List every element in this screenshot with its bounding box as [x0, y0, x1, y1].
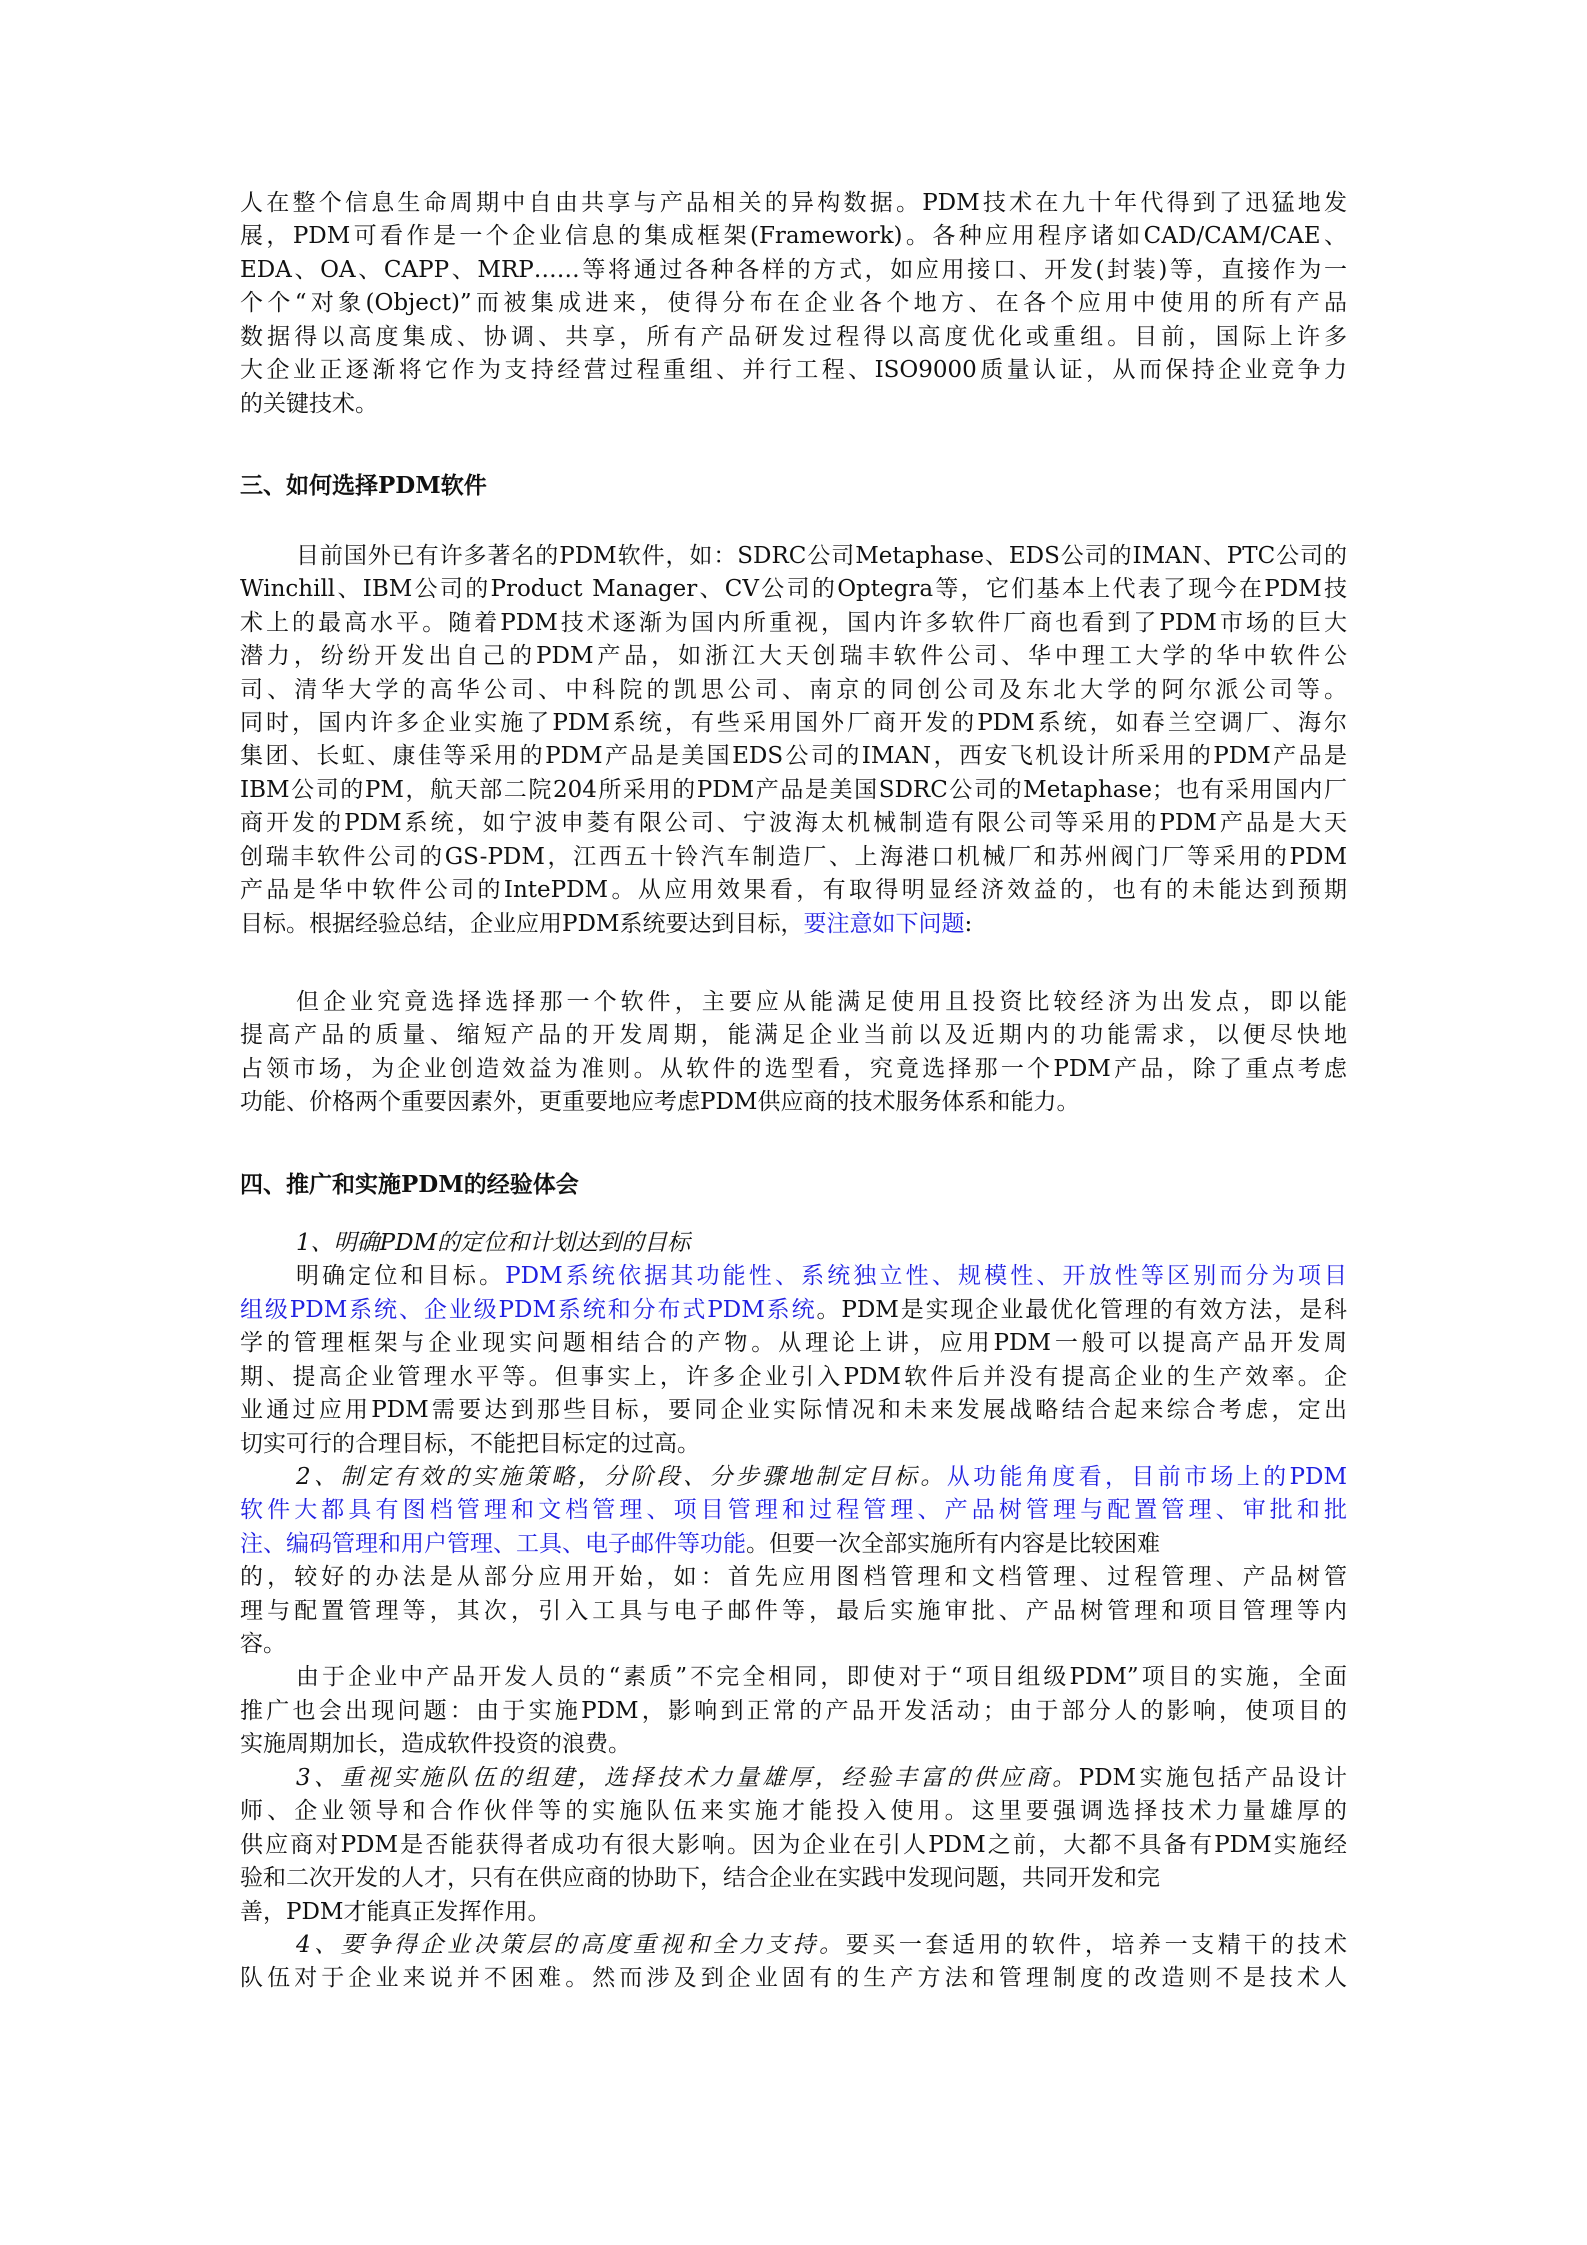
- text-line: 商开发的PDM系统，如宁波申菱有限公司、宁波海太机械制造有限公司等采用的PDM产…: [240, 807, 1347, 840]
- text-line: 提高产品的质量、缩短产品的开发周期，能满足企业当前以及近期内的功能需求，以便尽快…: [240, 1019, 1347, 1052]
- text-line: 学的管理框架与企业现实问题相结合的产物。从理论上讲，应用PDM一般可以提高产品开…: [240, 1327, 1347, 1360]
- text-line: 的关键技术。: [240, 388, 1347, 421]
- text-line: 的，较好的办法是从部分应用开始，如：首先应用图档管理和文档管理、过程管理、产品树…: [240, 1561, 1347, 1594]
- text-line: 容。: [240, 1628, 1347, 1661]
- text-line: 软件大都具有图档管理和文档管理、项目管理和过程管理、产品树管理与配置管理、审批和…: [240, 1494, 1347, 1527]
- text-line: 期、提高企业管理水平等。但事实上，许多企业引入PDM软件后并没有提高企业的生产效…: [240, 1361, 1347, 1394]
- text-line: 3、重视实施队伍的组建，选择技术力量雄厚，经验丰富的供应商。PDM实施包括产品设…: [240, 1762, 1347, 1795]
- text-line: 2、制定有效的实施策略，分阶段、分步骤地制定目标。从功能角度看，目前市场上的PD…: [240, 1461, 1347, 1494]
- text-line: EDA、OA、CAPP、MRP……等将通过各种各样的方式，如应用接口、开发(封装…: [240, 254, 1347, 287]
- text-line: 师、企业领导和合作伙伴等的实施队伍来实施才能投入使用。这里要强调选择技术力量雄厚…: [240, 1795, 1347, 1828]
- text-line: 数据得以高度集成、协调、共享，所有产品研发过程得以高度优化或重组。目前，国际上许…: [240, 321, 1347, 354]
- text-line: 目前国外已有许多著名的PDM软件，如：SDRC公司Metaphase、EDS公司…: [240, 540, 1347, 573]
- text-line: 供应商对PDM是否能获得者成功有很大影响。因为企业在引人PDM之前，大都不具备有…: [240, 1829, 1347, 1862]
- text-line: 展，PDM可看作是一个企业信息的集成框架(Framework)。各种应用程序诸如…: [240, 220, 1347, 253]
- highlighted-text: 组级PDM系统、企业级PDM系统和分布式PDM系统: [240, 1297, 816, 1323]
- text-line: 队伍对于企业来说并不困难。然而涉及到企业固有的生产方法和管理制度的改造则不是技术…: [240, 1962, 1347, 1995]
- text-line: 产品是华中软件公司的IntePDM。从应用效果看，有取得明显经济效益的，也有的未…: [240, 874, 1347, 907]
- text-line: 司、清华大学的高华公司、中科院的凯思公司、南京的同创公司及东北大学的阿尔派公司等…: [240, 674, 1347, 707]
- text-segment: 明确定位和目标。: [296, 1263, 505, 1289]
- highlighted-text: PDM系统依据其功能性、系统独立性、规模性、开放性等区别而分为项目: [505, 1263, 1347, 1289]
- text-line: 实施周期加长，造成软件投资的浪费。: [240, 1728, 1347, 1761]
- text-segment: 目标。根据经验总结，企业应用PDM系统要达到目标，: [240, 911, 803, 937]
- text-line: 推广也会出现问题：由于实施PDM，影响到正常的产品开发活动；由于部分人的影响，使…: [240, 1695, 1347, 1728]
- text-line: Winchill、IBM公司的Product Manager、CV公司的Opte…: [240, 573, 1347, 606]
- item-title: 3、重视实施队伍的组建，选择技术力量雄厚，经验丰富的供应商。: [296, 1765, 1079, 1791]
- highlighted-link-text[interactable]: 要注意如下问题: [803, 911, 964, 937]
- text-line: 创瑞丰软件公司的GS-PDM，江西五十铃汽车制造厂、上海港口机械厂和苏州阀门厂等…: [240, 841, 1347, 874]
- text-line: 同时，国内许多企业实施了PDM系统，有些采用国外厂商开发的PDM系统，如春兰空调…: [240, 707, 1347, 740]
- text-line: 集团、长虹、康佳等采用的PDM产品是美国EDS公司的IMAN，西安飞机设计所采用…: [240, 740, 1347, 773]
- text-segment: 要买一套适用的软件，培养一支精干的技术: [846, 1932, 1347, 1958]
- text-line: 但企业究竟选择选择那一个软件，主要应从能满足使用且投资比较经济为出发点，即以能: [240, 986, 1347, 1019]
- section-heading-3: 三、如何选择PDM软件: [240, 469, 1347, 502]
- text-line: 明确定位和目标。PDM系统依据其功能性、系统独立性、规模性、开放性等区别而分为项…: [240, 1260, 1347, 1293]
- text-segment: 。但要一次全部实施所有内容是比较困难: [746, 1531, 1160, 1557]
- text-line: 由于企业中产品开发人员的“素质”不完全相同，即使对于“项目组级PDM”项目的实施…: [240, 1661, 1347, 1694]
- text-line: 善，PDM才能真正发挥作用。: [240, 1896, 1347, 1929]
- text-segment: :: [964, 911, 972, 937]
- text-line: 个个“对象(Object)”而被集成进来，使得分布在企业各个地方、在各个应用中使…: [240, 287, 1347, 320]
- text-line: 理与配置管理等，其次，引入工具与电子邮件等，最后实施审批、产品树管理和项目管理等…: [240, 1595, 1347, 1628]
- text-line: 功能、价格两个重要因素外，更重要地应考虑PDM供应商的技术服务体系和能力。: [240, 1086, 1347, 1119]
- text-segment: PDM实施包括产品设计: [1079, 1765, 1347, 1791]
- text-line: 业通过应用PDM需要达到那些目标，要同企业实际情况和未来发展战略结合起来综合考虑…: [240, 1394, 1347, 1427]
- text-line: 大企业正逐渐将它作为支持经营过程重组、并行工程、ISO9000质量认证，从而保持…: [240, 354, 1347, 387]
- item-title: 1、明确PDM的定位和计划达到的目标: [240, 1227, 1347, 1260]
- text-line: 潜力，纷纷开发出自己的PDM产品，如浙江大天创瑞丰软件公司、华中理工大学的华中软…: [240, 640, 1347, 673]
- text-line: 验和二次开发的人才，只有在供应商的协助下，结合企业在实践中发现问题，共同开发和完: [240, 1862, 1347, 1895]
- highlighted-text: 注、编码管理和用户管理、工具、电子邮件等功能: [240, 1531, 746, 1557]
- text-line: 注、编码管理和用户管理、工具、电子邮件等功能。但要一次全部实施所有内容是比较困难: [240, 1528, 1347, 1561]
- highlighted-text: 从功能角度看，目前市场上的PDM: [947, 1464, 1347, 1490]
- text-line: 组级PDM系统、企业级PDM系统和分布式PDM系统。PDM是实现企业最优化管理的…: [240, 1294, 1347, 1327]
- text-line: 4、要争得企业决策层的高度重视和全力支持。要买一套适用的软件，培养一支精干的技术: [240, 1929, 1347, 1962]
- text-line: 术上的最高水平。随着PDM技术逐渐为国内所重视，国内许多软件厂商也看到了PDM市…: [240, 607, 1347, 640]
- item-title: 2、制定有效的实施策略，分阶段、分步骤地制定目标。: [296, 1464, 947, 1490]
- text-segment: 。PDM是实现企业最优化管理的有效方法，是科: [816, 1297, 1347, 1323]
- section-heading-4: 四、推广和实施PDM的经验体会: [240, 1168, 1347, 1201]
- item-title: 4、要争得企业决策层的高度重视和全力支持。: [296, 1932, 846, 1958]
- text-line: IBM公司的PM，航天部二院204所采用的PDM产品是美国SDRC公司的Meta…: [240, 774, 1347, 807]
- text-line: 人在整个信息生命周期中自由共享与产品相关的异构数据。PDM技术在九十年代得到了迅…: [240, 187, 1347, 220]
- text-line: 目标。根据经验总结，企业应用PDM系统要达到目标，要注意如下问题:: [240, 908, 1347, 941]
- text-line: 切实可行的合理目标，不能把目标定的过高。: [240, 1428, 1347, 1461]
- text-line: 占领市场，为企业创造效益为准则。从软件的选型看，究竟选择那一个PDM产品，除了重…: [240, 1053, 1347, 1086]
